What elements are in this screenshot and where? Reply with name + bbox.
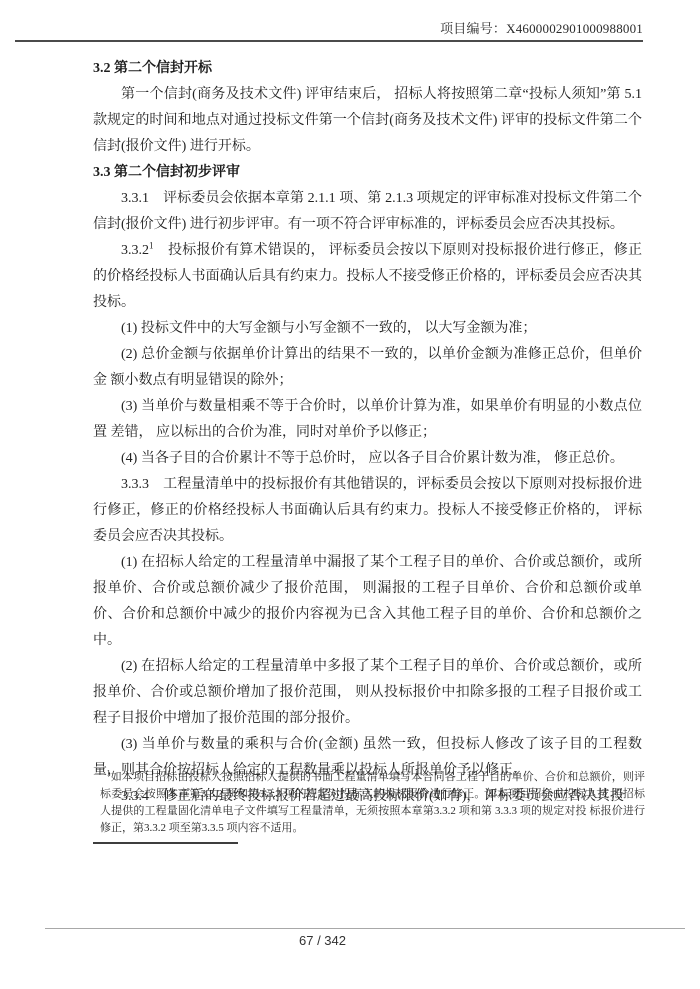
para-3-3-3-item-2: (2) 在招标人给定的工程量清单中多报了某个工程子目的单价、合价或总额价，或所报… [93, 654, 642, 732]
header-rule [15, 40, 643, 42]
page-header: 项目编号：X4600002901000988001 [15, 20, 643, 42]
page-number: 67 / 342 [0, 933, 645, 948]
para-3-3-1: 3.3.1 评标委员会依据本章第 2.1.1 项、第 2.1.3 项规定的评审标… [93, 186, 642, 238]
para-3-3-2-item-4: (4) 当各子目的合价累计不等于总价时， 应以各子目合价累计数为准， 修正总价。 [93, 446, 642, 472]
section-heading-3-2: 3.2 第二个信封开标 [93, 56, 642, 82]
para-3-3-3: 3.3.3 工程量清单中的投标报价有其他错误的，评标委员会按以下原则对投标报价进… [93, 472, 642, 550]
document-page: 项目编号：X4600002901000988001 3.2 第二个信封开标 第一… [0, 0, 700, 989]
para-3-2-body: 第一个信封(商务及技术文件) 评审结束后， 招标人将按照第二章“投标人须知”第 … [93, 82, 642, 160]
footer-rule [45, 928, 685, 929]
footnote: 1如本项目招标由投标人按照招标人提供的书面工程量清单填写本合同各工程子目的单价、… [100, 769, 645, 837]
footnote-separator-rule [93, 842, 238, 844]
para-3-3-2-item-1: (1) 投标文件中的大写金额与小写金额不一致的， 以大写金额为准； [93, 316, 642, 342]
para-3-3-2-item-3: (3) 当单价与数量相乘不等于合价时，以单价计算为准，如果单价有明显的小数点位置… [93, 394, 642, 446]
section-heading-3-3: 3.3 第二个信封初步评审 [93, 160, 642, 186]
para-3-3-2: 3.3.21 投标报价有算术错误的， 评标委员会按以下原则对投标报价进行修正，修… [93, 238, 642, 316]
footnote-text-block: 1如本项目招标由投标人按照招标人提供的书面工程量清单填写本合同各工程子目的单价、… [100, 769, 645, 837]
para-3-3-3-item-1: (1) 在招标人给定的工程量清单中漏报了某个工程子目的单价、合价或总额价，或所报… [93, 550, 642, 654]
document-body: 3.2 第二个信封开标 第一个信封(商务及技术文件) 评审结束后， 招标人将按照… [93, 56, 642, 810]
project-number: 项目编号：X4600002901000988001 [15, 20, 643, 37]
para-3-3-2-number: 3.3.2 [121, 243, 149, 258]
footnote-text: 如本项目招标由投标人按照招标人提供的书面工程量清单填写本合同各工程子目的单价、合… [100, 771, 645, 834]
para-3-3-2-text: 投标报价有算术错误的， 评标委员会按以下原则对投标报价进行修正，修正的价格经投标… [93, 243, 642, 310]
para-3-3-2-item-2: (2) 总价金额与依据单价计算出的结果不一致的，以单价金额为准修正总价，但单价金… [93, 342, 642, 394]
